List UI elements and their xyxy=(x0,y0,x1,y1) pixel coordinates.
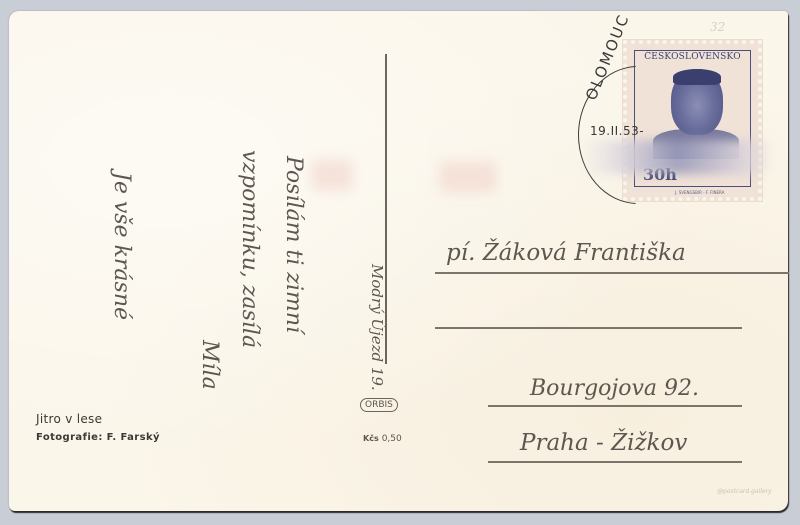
center-divider xyxy=(385,54,387,364)
redacted-area-left xyxy=(312,160,352,190)
message-line-1: Posílám ti zimní xyxy=(281,156,306,333)
message-line-2: vzpomínku, zasílá xyxy=(237,150,262,348)
redacted-area-stamp xyxy=(583,140,773,174)
postage-stamp: ČESKOSLOVENSKO 30h J. SVENGSBIR - F. FIN… xyxy=(623,40,762,201)
recipient-city: Praha - Žižkov xyxy=(520,430,687,456)
address-line-2 xyxy=(435,327,742,329)
postmark-date: 19.II.53- xyxy=(590,124,644,138)
sender-note: Modrý Újezd 19. xyxy=(368,264,386,391)
price-label: Kčs0,50 xyxy=(363,434,402,444)
stamp-portrait-icon xyxy=(671,69,723,135)
address-line-4 xyxy=(488,461,742,463)
address-line-3 xyxy=(488,405,742,407)
message-line-4: Je vše krásné xyxy=(109,172,134,320)
photo-title: Jitro v lese xyxy=(36,412,102,426)
photo-credit: Fotografie: F. Farský xyxy=(36,432,160,443)
stamp-printer: J. SVENGSBIR - F. FINERA xyxy=(675,190,724,195)
publisher-logo: ORBIS xyxy=(360,398,398,412)
price-currency: Kčs xyxy=(363,434,379,443)
price-value: 0,50 xyxy=(382,434,402,444)
stamp-country: ČESKOSLOVENSKO xyxy=(635,52,750,62)
address-line-1 xyxy=(435,272,789,274)
redacted-area-center xyxy=(440,162,496,192)
pencil-mark: 32 xyxy=(710,20,725,34)
watermark: @postcard.gallery xyxy=(717,488,772,495)
recipient-name: pí. Žáková Františka xyxy=(446,240,686,266)
recipient-street: Bourgojova 92. xyxy=(530,376,699,401)
message-line-3: Míla xyxy=(197,340,222,390)
